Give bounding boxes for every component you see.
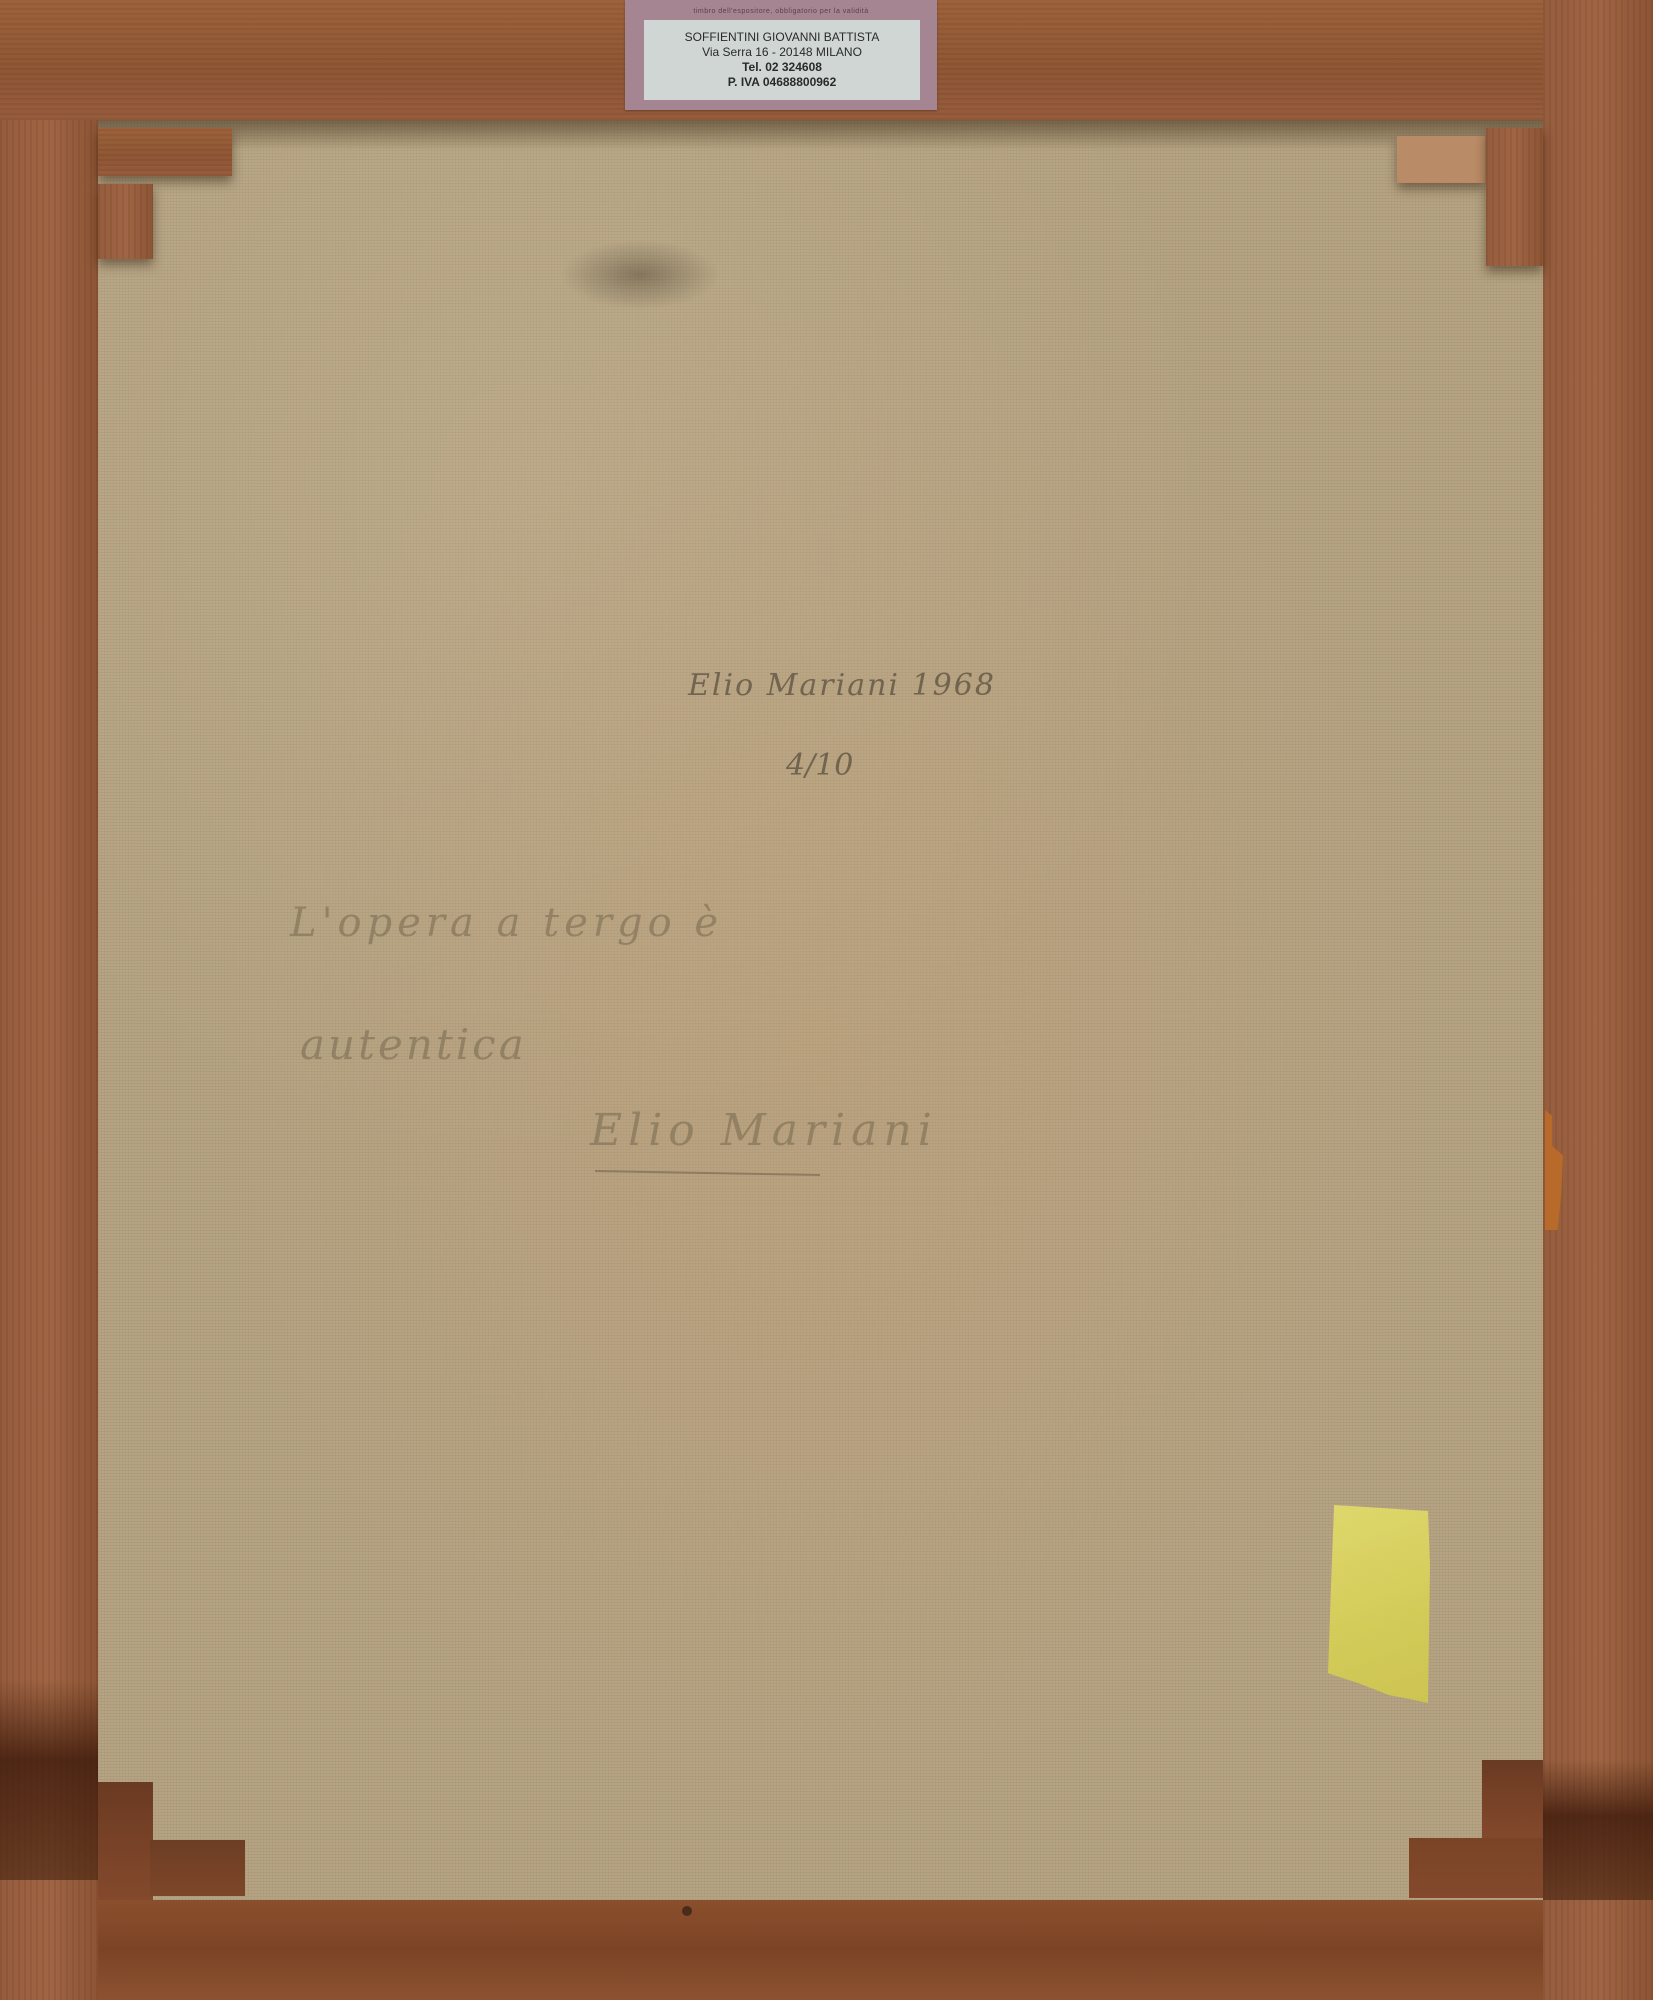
frame-bottom-bar — [98, 1900, 1543, 2000]
corner-key-bottom-left-vertical — [98, 1782, 153, 1900]
corner-key-bottom-right-horizontal — [1409, 1838, 1543, 1898]
label-vat-number: P. IVA 04688800962 — [644, 75, 920, 90]
canvas-top-shadow — [98, 120, 1543, 150]
corner-key-top-left-horizontal — [98, 128, 232, 176]
label-caption: timbro dell'espositore, obbligatorio per… — [625, 8, 937, 15]
label-phone: Tel. 02 324608 — [644, 60, 920, 75]
frame-right-bar — [1543, 0, 1653, 2000]
inscription-authentication-line-1: L'opera a tergo è — [290, 900, 723, 946]
frame-nail — [682, 1906, 692, 1916]
label-address: Via Serra 16 - 20148 MILANO — [644, 45, 920, 60]
inscription-edition-number: 4/10 — [786, 748, 853, 783]
canvas-smudge — [560, 240, 720, 310]
label-stamp-panel: SOFFIENTINI GIOVANNI BATTISTA Via Serra … — [644, 20, 920, 100]
frame-damage-left — [0, 1680, 98, 1880]
corner-key-top-right-horizontal — [1397, 136, 1485, 183]
inscription-authentication-line-2: autentica — [300, 1020, 527, 1069]
corner-key-bottom-left-horizontal — [150, 1840, 245, 1896]
yellow-masking-tape — [1328, 1505, 1430, 1703]
inscription-signature-date: Elio Mariani 1968 — [688, 668, 996, 703]
exhibitor-stamp-label: timbro dell'espositore, obbligatorio per… — [625, 0, 937, 110]
label-company-name: SOFFIENTINI GIOVANNI BATTISTA — [644, 30, 920, 45]
corner-key-top-right-vertical — [1486, 128, 1543, 266]
corner-key-bottom-right-vertical — [1482, 1760, 1543, 1840]
frame-damage-right — [1543, 1760, 1653, 1900]
canvas-back — [98, 120, 1543, 1900]
corner-key-top-left-vertical — [98, 184, 153, 259]
inscription-signature: Elio Mariani — [590, 1105, 938, 1156]
